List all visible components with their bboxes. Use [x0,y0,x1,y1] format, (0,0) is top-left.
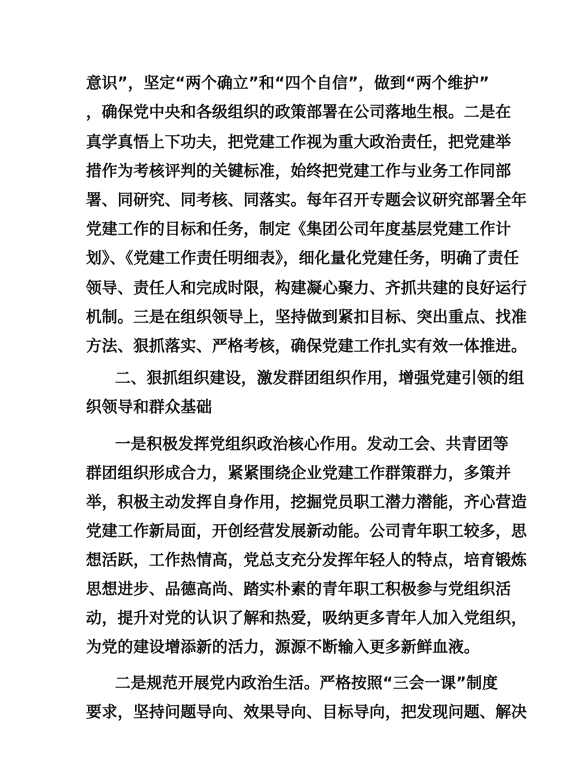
text-line: 想活跃，工作热情高，党总支充分发挥年轻人的特点，培育锻炼 [86,550,506,570]
text-line: 党建工作新局面，开创经营发展新动能。公司青年职工较多，思 [86,521,506,541]
text-line: 领导、责任人和完成时限，构建凝心聚力、齐抓共建的良好运行 [86,278,506,298]
text-line: 真学真悟上下功夫，把党建工作视为重大政治责任，把党建举 [86,132,506,152]
text-line: 划》、《党建工作责任明细表》，细化量化党建任务，明确了责任 [86,248,506,268]
text-line: 二是规范开展党内政治生活。严格按照“三会一课”制度 [115,673,506,693]
document-page: 意识”，坚定“两个确立”和“四个自信”，做到“两个维护” ，确保党中央和各级组织… [0,0,586,759]
text-line: 举，积极主动发挥自身作用，挖掘党员职工潜力潜能，齐心营造 [86,492,506,512]
text-line: 署、同研究、同考核、同落实。每年召开专题会议研究部署全年 [86,190,506,210]
text-line: 要求，坚持问题导向、效果导向、目标导向，把发现问题、解决 [86,702,506,722]
text-line: 为党的建设增添新的活力，源源不断输入更多新鲜血液。 [86,637,506,657]
text-line: 党建工作的目标和任务，制定《集团公司年度基层党建工作计 [86,219,506,239]
text-line: 措作为考核评判的关键标准，始终把党建工作与业务工作同部 [86,161,506,181]
text-line: 群团组织形成合力，紧紧围绕企业党建工作群策群力，多策并 [86,463,506,483]
heading-line: 二、狠抓组织建设，激发群团组织作用，增强党建引领的组 [115,368,506,388]
text-line: ，确保党中央和各级组织的政策部署在公司落地生根。二是在 [86,102,506,122]
text-line: 一是积极发挥党组织政治核心作用。发动工会、共青团等 [115,434,506,454]
text-line: 方法、狠抓落实、严格考核，确保党建工作扎实有效一体推进。 [86,336,506,356]
text-line: 动，提升对党的认识了解和热爱，吸纳更多青年人加入党组织， [86,608,506,628]
heading-line: 织领导和群众基础 [86,397,506,417]
text-line: 机制。三是在组织领导上，坚持做到紧扣目标、突出重点、找准 [86,307,506,327]
text-line: 思想进步、品德高尚、踏实朴素的青年职工积极参与党组织活 [86,579,506,599]
text-line: 意识”，坚定“两个确立”和“四个自信”，做到“两个维护” [86,73,506,93]
